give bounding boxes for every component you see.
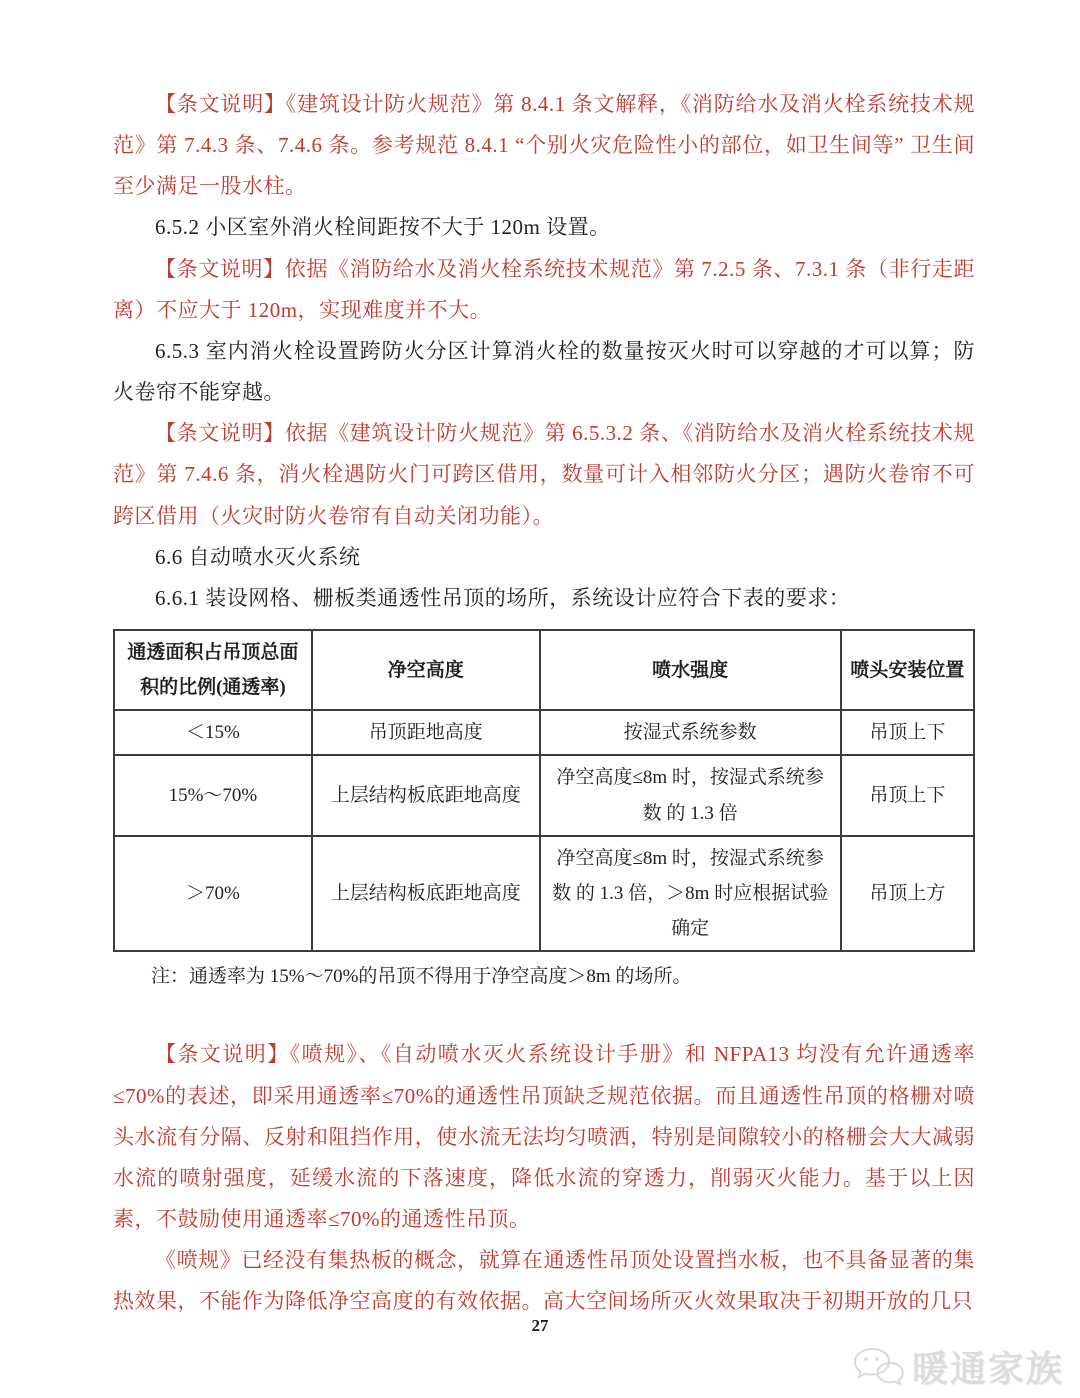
header-sprinkler-position: 喷头安装位置 xyxy=(841,630,974,710)
cell-position: 吊顶上下 xyxy=(841,755,974,835)
watermark: 暖通家族 xyxy=(852,1341,1064,1392)
cell-intensity: 净空高度≤8m 时，按湿式系统参数 的 1.3 倍 xyxy=(540,755,841,835)
wechat-icon xyxy=(852,1345,904,1389)
header-clear-height: 净空高度 xyxy=(312,630,540,710)
paragraph-6-5-2: 6.5.2 小区室外消火栓间距按不大于 120m 设置。 xyxy=(113,207,975,248)
cell-position: 吊顶上方 xyxy=(841,836,974,951)
paragraph-6-6-1: 6.6.1 装设网格、栅板类通透性吊顶的场所，系统设计应符合下表的要求： xyxy=(113,578,975,619)
paragraph-tiaowen-6-5-3-2: 【条文说明】依据《建筑设计防火规范》第 6.5.3.2 条、《消防给水及消火栓系… xyxy=(113,413,975,536)
paragraph-tiaowen-7-2-5: 【条文说明】依据《消防给水及消火栓系统技术规范》第 7.2.5 条、7.3.1 … xyxy=(113,249,975,331)
document-page: 【条文说明】《建筑设计防火规范》第 8.4.1 条文解释，《消防给水及消火栓系统… xyxy=(0,0,1080,1398)
paragraph-penggui-jirere: 《喷规》已经没有集热板的概念，就算在通透性吊顶处设置挡水板，也不具备显著的集热效… xyxy=(113,1240,975,1322)
cell-intensity: 净空高度≤8m 时，按湿式系统参数 的 1.3 倍，＞8m 时应根据试验确定 xyxy=(540,836,841,951)
table-row: ＞70% 上层结构板底距地高度 净空高度≤8m 时，按湿式系统参数 的 1.3 … xyxy=(114,836,974,951)
table-row: 15%～70% 上层结构板底距地高度 净空高度≤8m 时，按湿式系统参数 的 1… xyxy=(114,755,974,835)
cell-position: 吊顶上下 xyxy=(841,710,974,755)
cell-ratio: ＜15% xyxy=(114,710,312,755)
watermark-text: 暖通家族 xyxy=(912,1341,1064,1392)
cell-ratio: 15%～70% xyxy=(114,755,312,835)
table-header-row: 通透面积占吊顶总面积的比例(通透率) 净空高度 喷水强度 喷头安装位置 xyxy=(114,630,974,710)
header-spray-intensity: 喷水强度 xyxy=(540,630,841,710)
sprinkler-ceiling-table: 通透面积占吊顶总面积的比例(通透率) 净空高度 喷水强度 喷头安装位置 ＜15%… xyxy=(113,629,975,952)
paragraph-tiaowen-8-4-1: 【条文说明】《建筑设计防火规范》第 8.4.1 条文解释，《消防给水及消火栓系统… xyxy=(113,84,975,207)
cell-height: 吊顶距地高度 xyxy=(312,710,540,755)
cell-ratio: ＞70% xyxy=(114,836,312,951)
header-permeability-ratio: 通透面积占吊顶总面积的比例(通透率) xyxy=(114,630,312,710)
heading-6-6: 6.6 自动喷水灭火系统 xyxy=(113,537,975,578)
page-number: 27 xyxy=(0,1316,1080,1336)
paragraph-6-5-3: 6.5.3 室内消火栓设置跨防火分区计算消火栓的数量按灭火时可以穿越的才可以算；… xyxy=(113,331,975,413)
document-content: 【条文说明】《建筑设计防火规范》第 8.4.1 条文解释，《消防给水及消火栓系统… xyxy=(113,84,975,1322)
table-note: 注：通透率为 15%～70%的吊顶不得用于净空高度＞8m 的场所。 xyxy=(151,960,975,994)
cell-intensity: 按湿式系统参数 xyxy=(540,710,841,755)
paragraph-tiaowen-penggui: 【条文说明】《喷规》、《自动喷水灭火系统设计手册》和 NFPA13 均没有允许通… xyxy=(113,1034,975,1240)
cell-height: 上层结构板底距地高度 xyxy=(312,836,540,951)
table-row: ＜15% 吊顶距地高度 按湿式系统参数 吊顶上下 xyxy=(114,710,974,755)
cell-height: 上层结构板底距地高度 xyxy=(312,755,540,835)
